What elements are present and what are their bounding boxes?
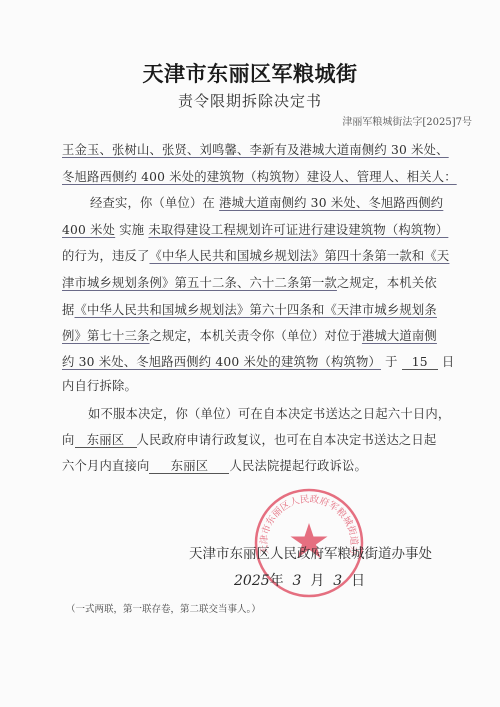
law-fill: 《中华人民共和国城乡规划法》第六十四条和《天津市城乡规划条	[75, 303, 437, 317]
addressee-line-2: 冬旭路西侧约 400 米处的建筑物（构筑物）建设人、管理人、相关人：	[62, 167, 457, 185]
body-line-6: 例》第七十三条之规定，本机关责令你（单位）对位于港城大道南侧	[62, 326, 437, 344]
text: 年	[270, 573, 284, 589]
location-fill: 港城大道南侧	[362, 329, 437, 343]
text: 六个月内直接向	[62, 459, 149, 473]
appeal-line-1: 如不服本决定，你（单位）可在自本决定书送达之日起六十日内，	[88, 404, 450, 422]
location-fill: 400 米处	[62, 223, 115, 237]
district-fill-1: 东丽区	[75, 433, 137, 448]
text: 月	[310, 573, 324, 589]
issue-date: 2025年 3 月 3 日	[234, 570, 365, 590]
text: 的行为，违反了	[62, 249, 149, 263]
law-fill: 津市城乡规划条例》第五十二条、六十二条第一款	[62, 276, 337, 290]
body-line-2: 400 米处 实施 未取得建设工程规划许可证进行建设建筑物（构筑物）	[62, 220, 448, 238]
year: 2025	[234, 573, 270, 589]
text: 人民法院提起行政诉讼。	[229, 459, 366, 473]
appeal-line-3: 六个月内直接向东丽区人民法院提起行政诉讼。	[62, 456, 367, 474]
law-fill: 《中华人民共和国城乡规划法》第四十条第一款和《天	[149, 249, 449, 263]
text: 日	[442, 355, 455, 369]
days-fill: 15	[402, 355, 438, 370]
text: 向	[62, 433, 75, 447]
addressee-line-1: 王金玉、张树山、张贤、刘鸣馨、李新有及港城大道南侧约 30 米处、	[62, 140, 449, 158]
district-fill-2: 东丽区	[149, 459, 229, 474]
body-line-7: 约 30 米处、冬旭路西侧约 400 米处的建筑物（构筑物） 于 15 日	[62, 352, 454, 370]
text: 于	[385, 355, 398, 369]
body-line-4: 津市城乡规划条例》第五十二条、六十二条第一款之规定，本机关依	[62, 273, 437, 291]
text: 之规定，本机关依	[337, 276, 437, 290]
document-subtitle: 责令限期拆除决定书	[0, 90, 500, 111]
footnote: （一式两联，第一联存卷，第二联交当事人。）	[66, 601, 261, 615]
violation-fill: 未取得建设工程规划许可证进行建设建筑物（构筑物）	[148, 223, 448, 237]
location-fill: 约 30 米处、冬旭路西侧约 400 米处的建筑物（构筑物）	[62, 355, 381, 369]
text: 据	[62, 303, 75, 317]
body-line-3: 的行为，违反了《中华人民共和国城乡规划法》第四十条第一款和《天	[62, 246, 449, 264]
month: 3	[293, 573, 302, 589]
body-line-5: 据《中华人民共和国城乡规划法》第六十四条和《天津市城乡规划条	[62, 300, 437, 318]
body-line-1: 经查实，你（单位）在 港城大道南侧约 30 米处、冬旭路西侧约	[90, 193, 443, 211]
text: 日	[351, 573, 365, 589]
document-number: 津丽军粮城街法字[2025]7号	[342, 113, 472, 128]
document-title: 天津市东丽区军粮城街	[0, 58, 500, 88]
day: 3	[333, 573, 342, 589]
text: 实施	[119, 223, 144, 237]
text: 经查实，你（单位）在	[90, 196, 215, 210]
text: 之规定，本机关责令你（单位）对位于	[149, 329, 361, 343]
location-fill: 港城大道南侧约 30 米处、冬旭路西侧约	[219, 196, 443, 210]
law-fill: 例》第七十三条	[62, 329, 149, 343]
text: 人民政府申请行政复议，也可在自本决定书送达之日起	[137, 433, 437, 447]
issuer-signature: 天津市东丽区人民政府军粮城街道办事处	[189, 542, 432, 562]
body-line-8: 内自行拆除。	[62, 376, 137, 394]
appeal-line-2: 向东丽区人民政府申请行政复议，也可在自本决定书送达之日起	[62, 430, 436, 448]
